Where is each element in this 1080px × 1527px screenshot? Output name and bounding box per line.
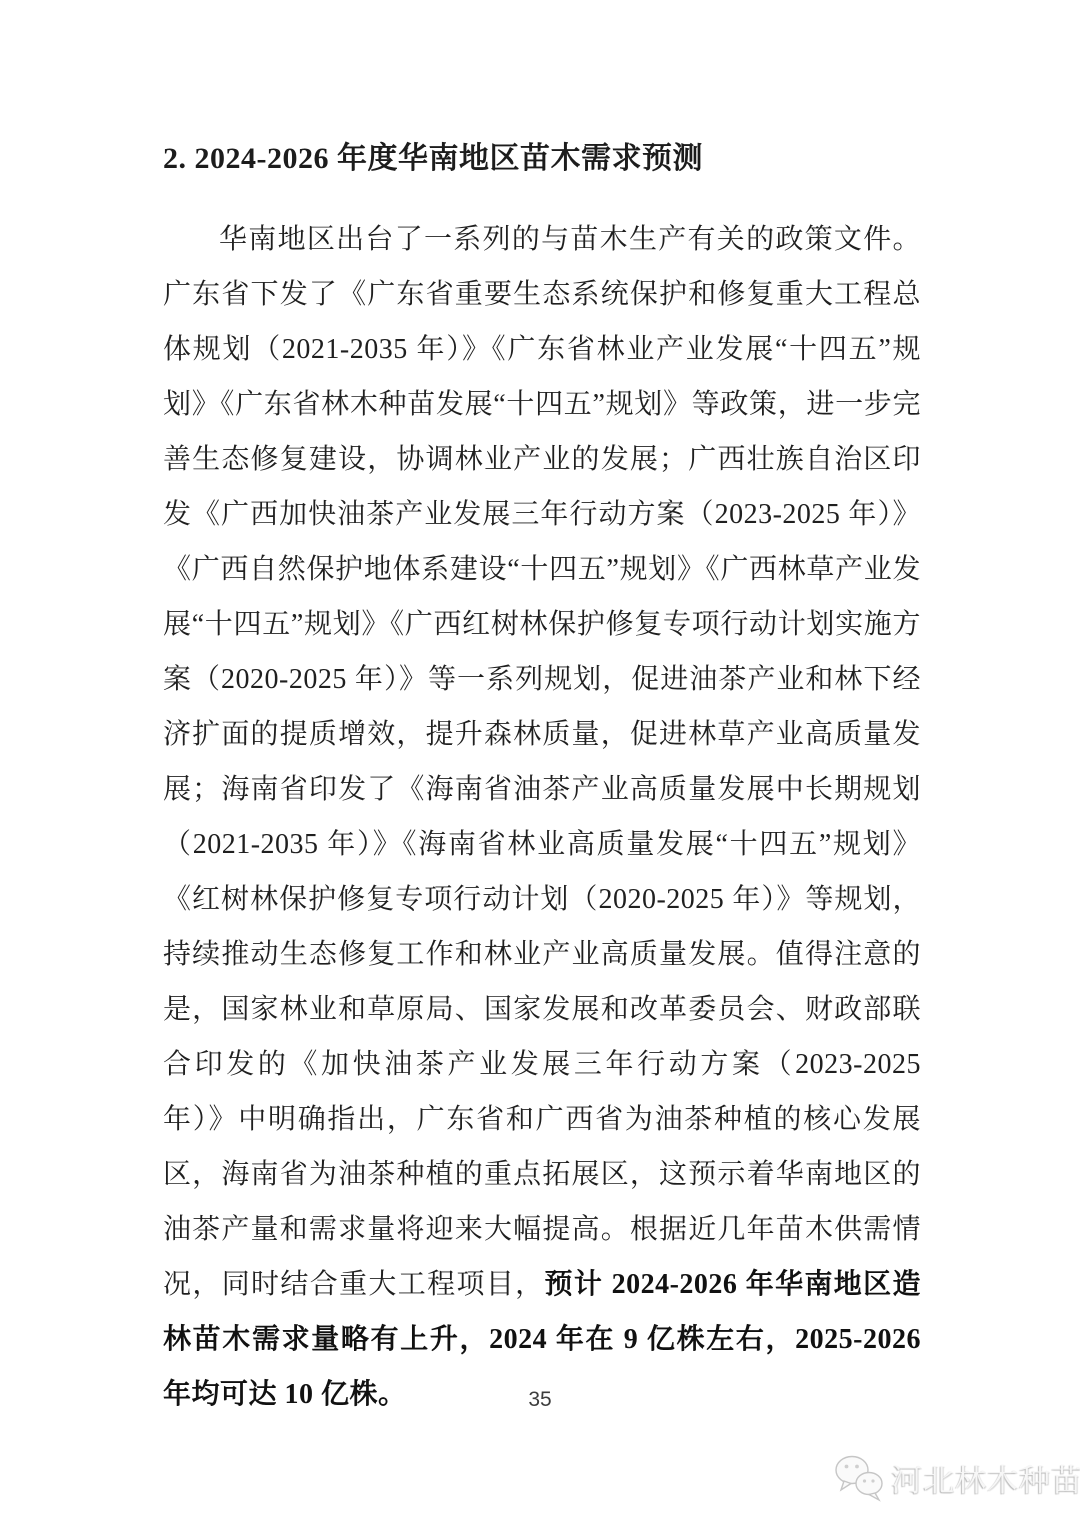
section-heading: 2. 2024-2026 年度华南地区苗木需求预测 [163, 138, 921, 180]
watermark: 河北林木种苗 [832, 1450, 1080, 1504]
page-number: 35 [0, 1388, 1080, 1412]
wechat-icon [832, 1452, 886, 1502]
watermark-text: 河北林木种苗 [891, 1455, 1080, 1500]
document-page: 2. 2024-2026 年度华南地区苗木需求预测 华南地区出台了一系列的与苗木… [0, 0, 1080, 1527]
body-paragraph: 华南地区出台了一系列的与苗木生产有关的政策文件。广东省下发了《广东省重要生态系统… [163, 212, 921, 1422]
paragraph-regular-text: 华南地区出台了一系列的与苗木生产有关的政策文件。广东省下发了《广东省重要生态系统… [163, 224, 921, 1300]
document-content: 2. 2024-2026 年度华南地区苗木需求预测 华南地区出台了一系列的与苗木… [163, 138, 921, 1422]
